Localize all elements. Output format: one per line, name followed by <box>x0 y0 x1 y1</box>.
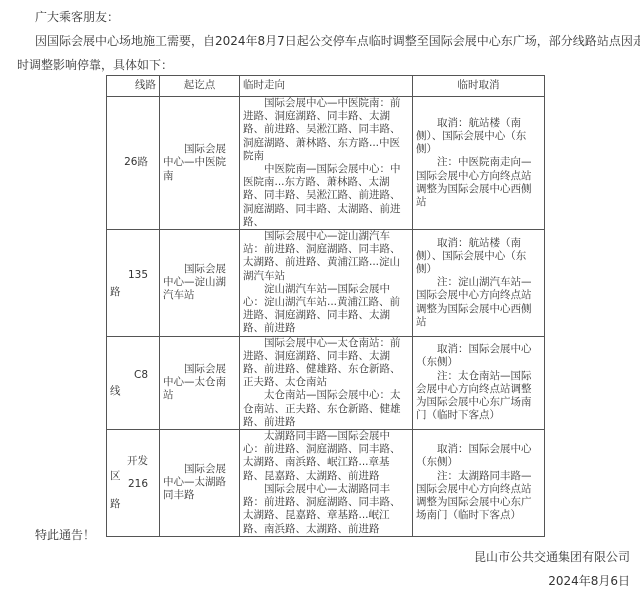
route-adjustment-table: 线路 起讫点 临时走向 临时取消 26路 国际会展中心—中医院南 国际会展中心—… <box>106 75 545 537</box>
cancel-stops: 取消：航站楼（南侧）、国际会展中心（东侧） <box>416 117 541 157</box>
temp-cancel-cell: 取消：航站楼（南侧）、国际会展中心（东侧） 注：淀山湖汽车站—国际会展中心方向终… <box>413 230 545 337</box>
cancel-note: 注：中医院南走向—国际会展中心方向终点站调整为国际会展中心西侧站 <box>416 156 541 209</box>
table-row: 135 路 国际会展中心—淀山湖汽车站 国际会展中心—淀山湖汽车站：前进路、洞庭… <box>107 230 545 337</box>
line-cell: 26路 <box>107 97 160 230</box>
table-header-row: 线路 起讫点 临时走向 临时取消 <box>107 76 545 97</box>
closing-statement: 特此通告！ <box>35 528 95 542</box>
route-inbound: 太仓南站—国际会展中心：太仓南站、正夫路、东仓新路、健雄路、前进路 <box>243 389 409 429</box>
route-inbound: 太湖路同丰路—国际会展中心：前进路、洞庭湖路、同丰路、太湖路、南浜路、岷江路..… <box>243 430 409 483</box>
temp-cancel-cell: 取消：航站楼（南侧）、国际会展中心（东侧） 注：中医院南走向—国际会展中心方向终… <box>413 97 545 230</box>
route-outbound: 国际会展中心—太湖路同丰路：前进路、洞庭湖路、同丰路、太湖路、昆嘉路、章基路..… <box>243 483 409 536</box>
endpoints-cell: 国际会展中心—淀山湖汽车站 <box>160 230 240 337</box>
intro-paragraph-line1: 因国际会展中心场地施工需要，自2024年8月7日起公交停车点临时调整至国际会展中… <box>35 34 640 48</box>
issuer-company: 昆山市公共交通集团有限公司 <box>474 550 630 564</box>
route-outbound: 国际会展中心—中医院南：前进路、洞庭湖路、同丰路、太湖路、前进路、吴淞江路、同丰… <box>243 97 409 163</box>
line-number: C8 <box>110 369 156 382</box>
table-row: 开发 216 区 路 国际会展中心—太湖路同丰路 太湖路同丰路—国际会展中心：前… <box>107 430 545 537</box>
cancel-stops: 取消：航站楼（南侧）、国际会展中心（东侧） <box>416 237 541 277</box>
cancel-note: 注：太湖路同丰路—国际会展中心方向终点站调整为国际会展中心东广场南门（临时下客点… <box>416 470 541 523</box>
merged-label-char: 区 <box>110 470 121 483</box>
header-temp-route: 临时走向 <box>240 76 413 97</box>
cancel-stops: 取消：国际会展中心（东侧） <box>416 343 541 369</box>
endpoints-cell: 国际会展中心—中医院南 <box>160 97 240 230</box>
merged-label-char: 路 <box>110 286 121 299</box>
issue-date: 2024年8月6日 <box>548 574 630 588</box>
cancel-note: 注：太仓南站—国际会展中心方向终点站调整为国际会展中心东广场南门（临时下客点） <box>416 370 541 423</box>
header-temp-cancel: 临时取消 <box>413 76 545 97</box>
temp-route-cell: 国际会展中心—太仓南站：前进路、洞庭湖路、同丰路、太湖路、前进路、健雄路、东仓新… <box>240 336 413 429</box>
line-prefix: 开发 <box>110 455 156 468</box>
temp-route-cell: 国际会展中心—中医院南：前进路、洞庭湖路、同丰路、太湖路、前进路、吴淞江路、同丰… <box>240 97 413 230</box>
intro-paragraph-line2: 时调整影响停靠，具体如下： <box>17 58 173 72</box>
merged-label-char: 路 <box>110 498 121 511</box>
table-row: C8 线 国际会展中心—太仓南站 国际会展中心—太仓南站：前进路、洞庭湖路、同丰… <box>107 336 545 429</box>
route-outbound: 国际会展中心—太仓南站：前进路、洞庭湖路、同丰路、太湖路、前进路、健雄路、东仓新… <box>243 337 409 390</box>
line-cell: 开发 216 区 路 <box>107 430 160 537</box>
temp-route-cell: 太湖路同丰路—国际会展中心：前进路、洞庭湖路、同丰路、太湖路、南浜路、岷江路..… <box>240 430 413 537</box>
header-line: 线路 <box>107 76 160 97</box>
route-outbound: 国际会展中心—淀山湖汽车站：前进路、洞庭湖路、同丰路、太湖路、前进路、黄浦江路.… <box>243 230 409 283</box>
greeting: 广大乘客朋友： <box>35 10 119 24</box>
route-inbound: 中医院南—国际会展中心：中医院南...东方路、萧林路、太湖路、同丰路、吴淞江路、… <box>243 163 409 229</box>
header-endpoints: 起讫点 <box>160 76 240 97</box>
merged-label-char: 线 <box>110 385 121 398</box>
temp-route-cell: 国际会展中心—淀山湖汽车站：前进路、洞庭湖路、同丰路、太湖路、前进路、黄浦江路.… <box>240 230 413 337</box>
cancel-stops: 取消：国际会展中心（东侧） <box>416 443 541 469</box>
temp-cancel-cell: 取消：国际会展中心（东侧） 注：太仓南站—国际会展中心方向终点站调整为国际会展中… <box>413 336 545 429</box>
endpoints-cell: 国际会展中心—太仓南站 <box>160 336 240 429</box>
cancel-note: 注：淀山湖汽车站—国际会展中心方向终点站调整为国际会展中心西侧站 <box>416 276 541 329</box>
temp-cancel-cell: 取消：国际会展中心（东侧） 注：太湖路同丰路—国际会展中心方向终点站调整为国际会… <box>413 430 545 537</box>
line-cell: 135 路 <box>107 230 160 337</box>
route-inbound: 淀山湖汽车站—国际会展中心：淀山湖汽车站...黄浦江路、前进路、洞庭湖路、同丰路… <box>243 283 409 336</box>
line-cell: C8 线 <box>107 336 160 429</box>
line-number: 135 <box>110 269 156 282</box>
table-row: 26路 国际会展中心—中医院南 国际会展中心—中医院南：前进路、洞庭湖路、同丰路… <box>107 97 545 230</box>
line-number: 26路 <box>110 156 156 169</box>
endpoints-cell: 国际会展中心—太湖路同丰路 <box>160 430 240 537</box>
